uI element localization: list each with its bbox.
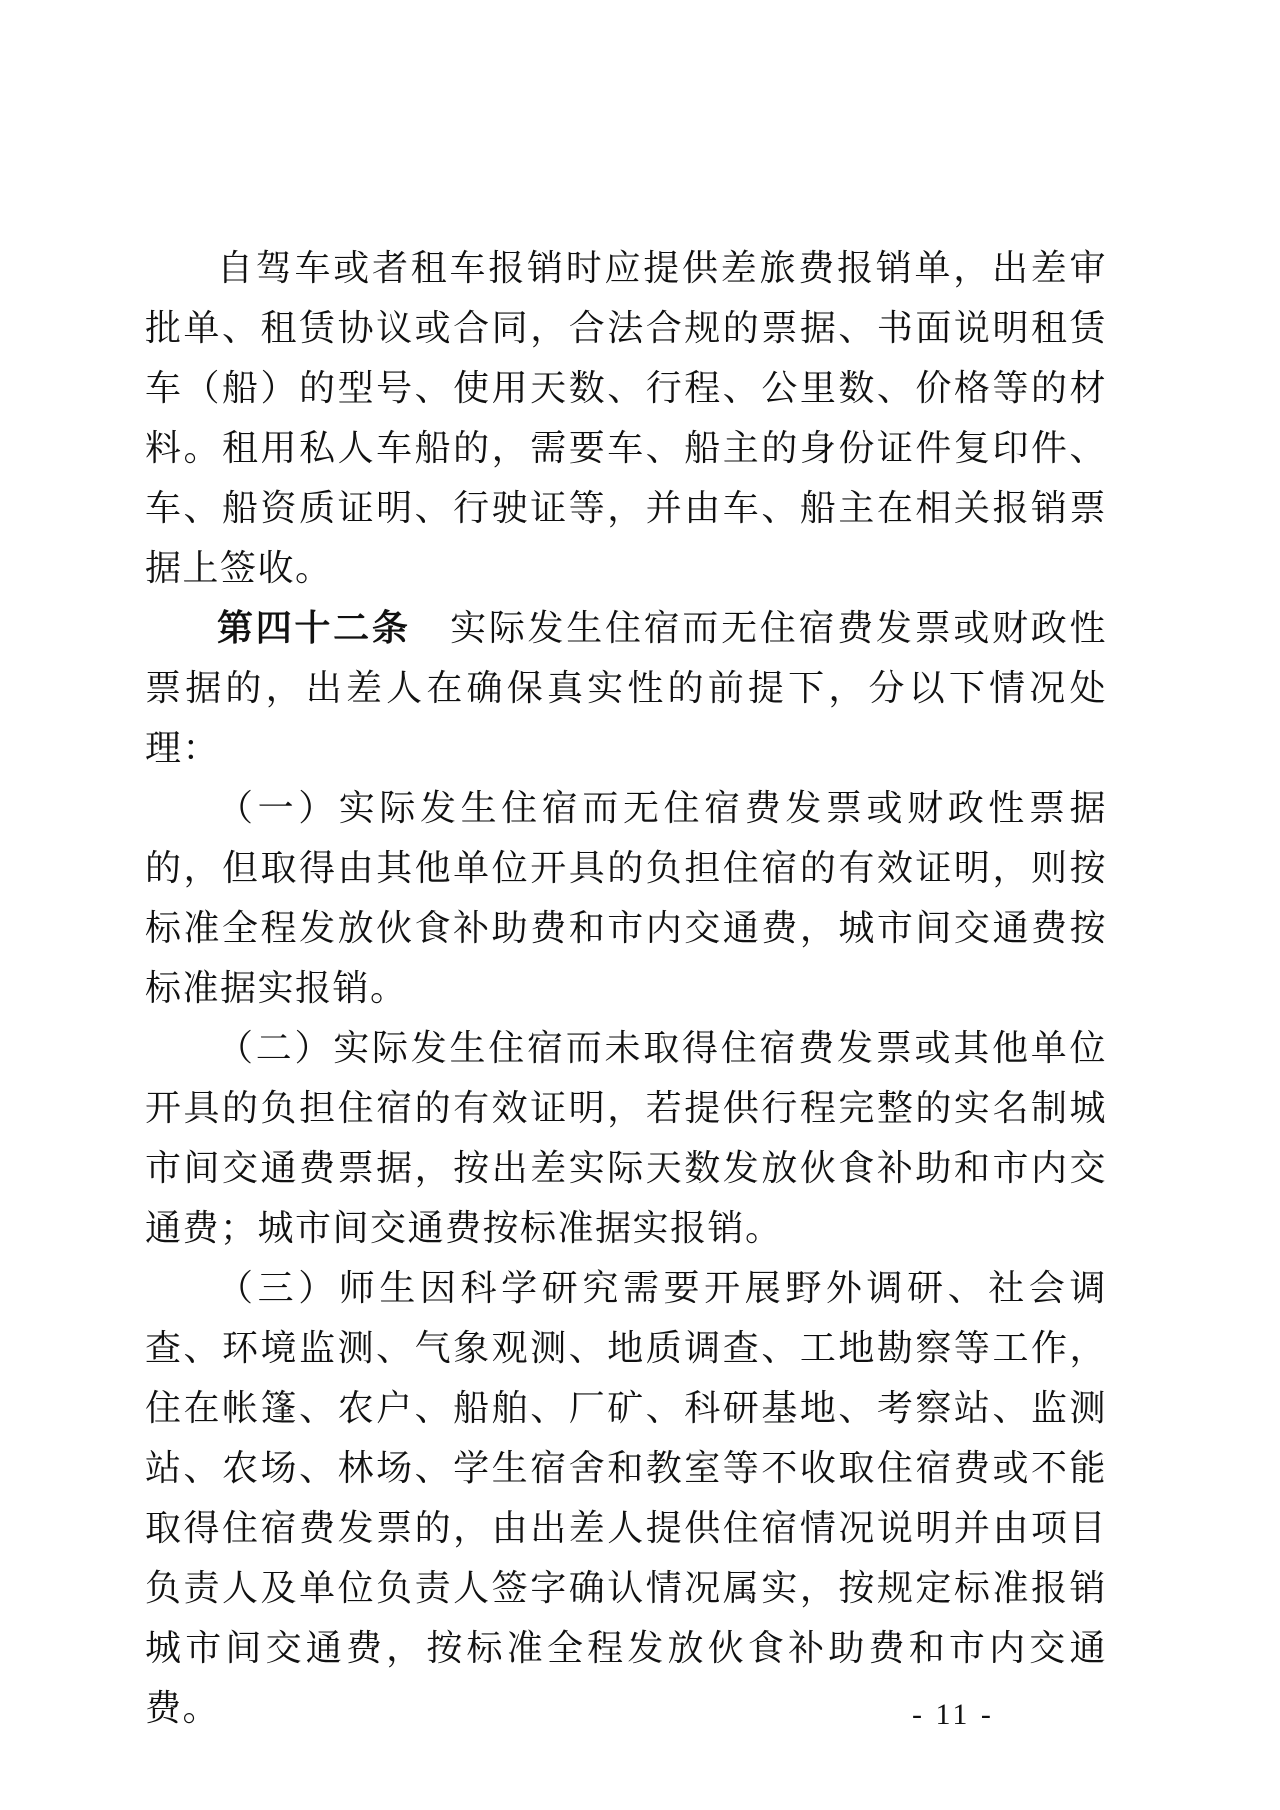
paragraph-text: （三）师生因科学研究需要开展野外调研、社会调查、环境监测、气象观测、地质调查、工… [145, 1268, 1107, 1728]
article-42-number: 第四十二条 [217, 607, 411, 648]
paragraph-item-1: （一）实际发生住宿而无住宿费发票或财政性票据的，但取得由其他单位开具的负担住宿的… [145, 778, 1107, 1018]
paragraph-vehicle-rental-requirements: 自驾车或者租车报销时应提供差旅费报销单，出差审批单、租赁协议或合同，合法合规的票… [145, 238, 1107, 598]
document-page: 自驾车或者租车报销时应提供差旅费报销单，出差审批单、租赁协议或合同，合法合规的票… [0, 0, 1280, 1810]
paragraph-text: （一）实际发生住宿而无住宿费发票或财政性票据的，但取得由其他单位开具的负担住宿的… [145, 788, 1107, 1008]
paragraph-article-42: 第四十二条实际发生住宿而无住宿费发票或财政性票据的，出差人在确保真实性的前提下，… [145, 598, 1107, 778]
paragraph-text: （二）实际发生住宿而未取得住宿费发票或其他单位开具的负担住宿的有效证明，若提供行… [145, 1028, 1107, 1248]
paragraph-text: 自驾车或者租车报销时应提供差旅费报销单，出差审批单、租赁协议或合同，合法合规的票… [145, 248, 1107, 588]
page-number: - 11 - [912, 1698, 994, 1732]
document-body: 自驾车或者租车报销时应提供差旅费报销单，出差审批单、租赁协议或合同，合法合规的票… [145, 238, 1107, 1738]
paragraph-item-2: （二）实际发生住宿而未取得住宿费发票或其他单位开具的负担住宿的有效证明，若提供行… [145, 1018, 1107, 1258]
paragraph-item-3: （三）师生因科学研究需要开展野外调研、社会调查、环境监测、气象观测、地质调查、工… [145, 1258, 1107, 1738]
